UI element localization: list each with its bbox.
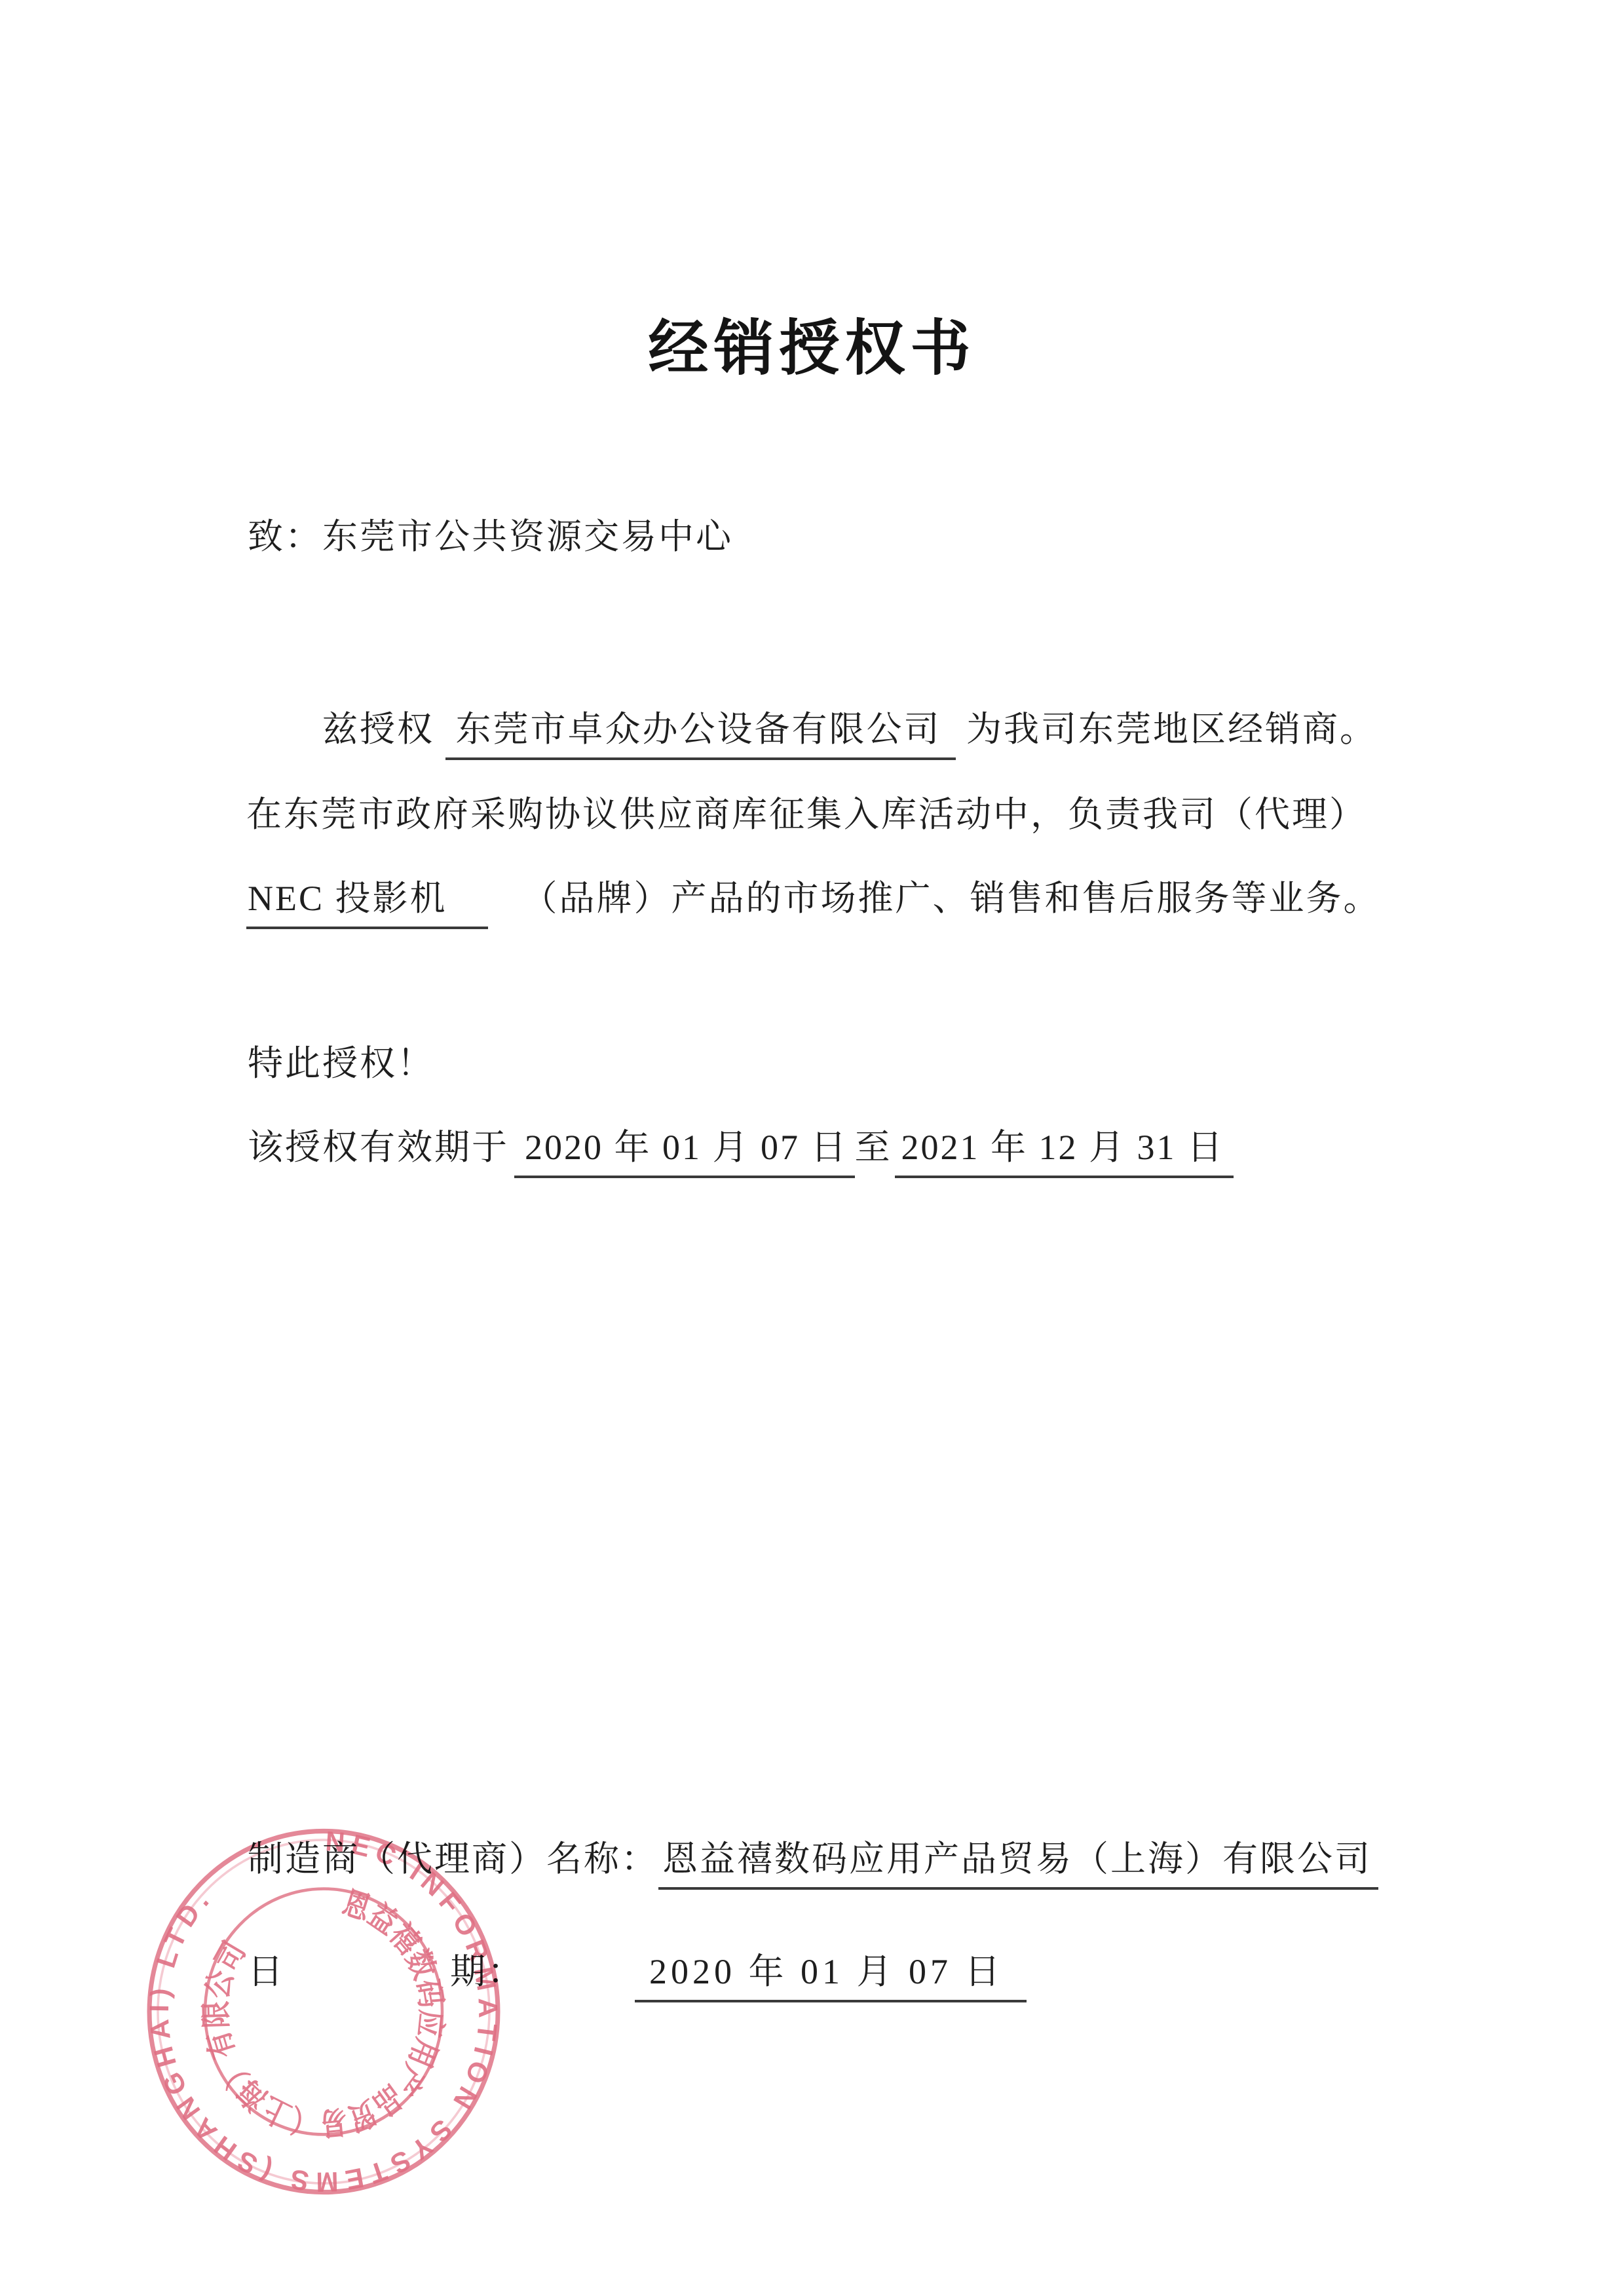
validity-prefix: 该授权有效期于: [248, 1128, 509, 1167]
document-page: 经销授权书 致：东莞市公共资源交易中心 兹授权 东莞市卓众办公设备有限公司 为我…: [0, 0, 1624, 2296]
validity-line: 该授权有效期于2020 年 01 月 07 日至2021 年 12 月 31 日: [248, 1119, 1234, 1178]
salutation-line: 致：东莞市公共资源交易中心: [248, 508, 733, 559]
company-seal: NEC INFORMATION SYSTEMS (SHANGHAI) LTD. …: [140, 1822, 507, 2202]
authorize-suffix: 为我司东莞地区经销商。: [966, 710, 1377, 749]
authorize-prefix: 兹授权: [322, 710, 434, 749]
brand-line: NEC 投影机（品牌）产品的市场推广、销售和售后服务等业务。: [246, 870, 1381, 929]
scope-line: 在东莞市政府采购协议供应商库征集入库活动中，负责我司（代理）: [246, 786, 1367, 837]
hereby-line: 特此授权！: [248, 1035, 434, 1086]
svg-text:NEC INFORMATION SYSTEMS (SHANG: NEC INFORMATION SYSTEMS (SHANGHAI) LTD.: [144, 1826, 504, 2198]
manufacturer-name-underlined: 恩益禧数码应用产品贸易（上海）有限公司: [658, 1837, 1378, 1890]
valid-from-date-underlined: 2020 年 01 月 07 日: [514, 1126, 855, 1178]
dealer-name-underlined: 东莞市卓众办公设备有限公司: [445, 708, 956, 760]
seal-english-text: NEC INFORMATION SYSTEMS (SHANGHAI) LTD.: [144, 1826, 504, 2198]
document-title: 经销授权书: [0, 300, 1624, 387]
svg-text:恩益禧数码应用产品贸易（上海）有限公司: 恩益禧数码应用产品贸易（上海）有限公司: [199, 1885, 448, 2141]
seal-chinese-text: 恩益禧数码应用产品贸易（上海）有限公司: [199, 1885, 448, 2141]
authorization-line: 兹授权 东莞市卓众办公设备有限公司 为我司东莞地区经销商。: [322, 701, 1377, 760]
brand-name-underlined: NEC 投影机: [246, 877, 488, 929]
validity-connector: 至: [855, 1128, 892, 1167]
date-value-underlined: 2020 年 01 月 07 日: [635, 1950, 1027, 2002]
brand-suffix: （品牌）产品的市场推广、销售和售后服务等业务。: [522, 879, 1381, 918]
valid-to-date-underlined: 2021 年 12 月 31 日: [895, 1126, 1234, 1178]
